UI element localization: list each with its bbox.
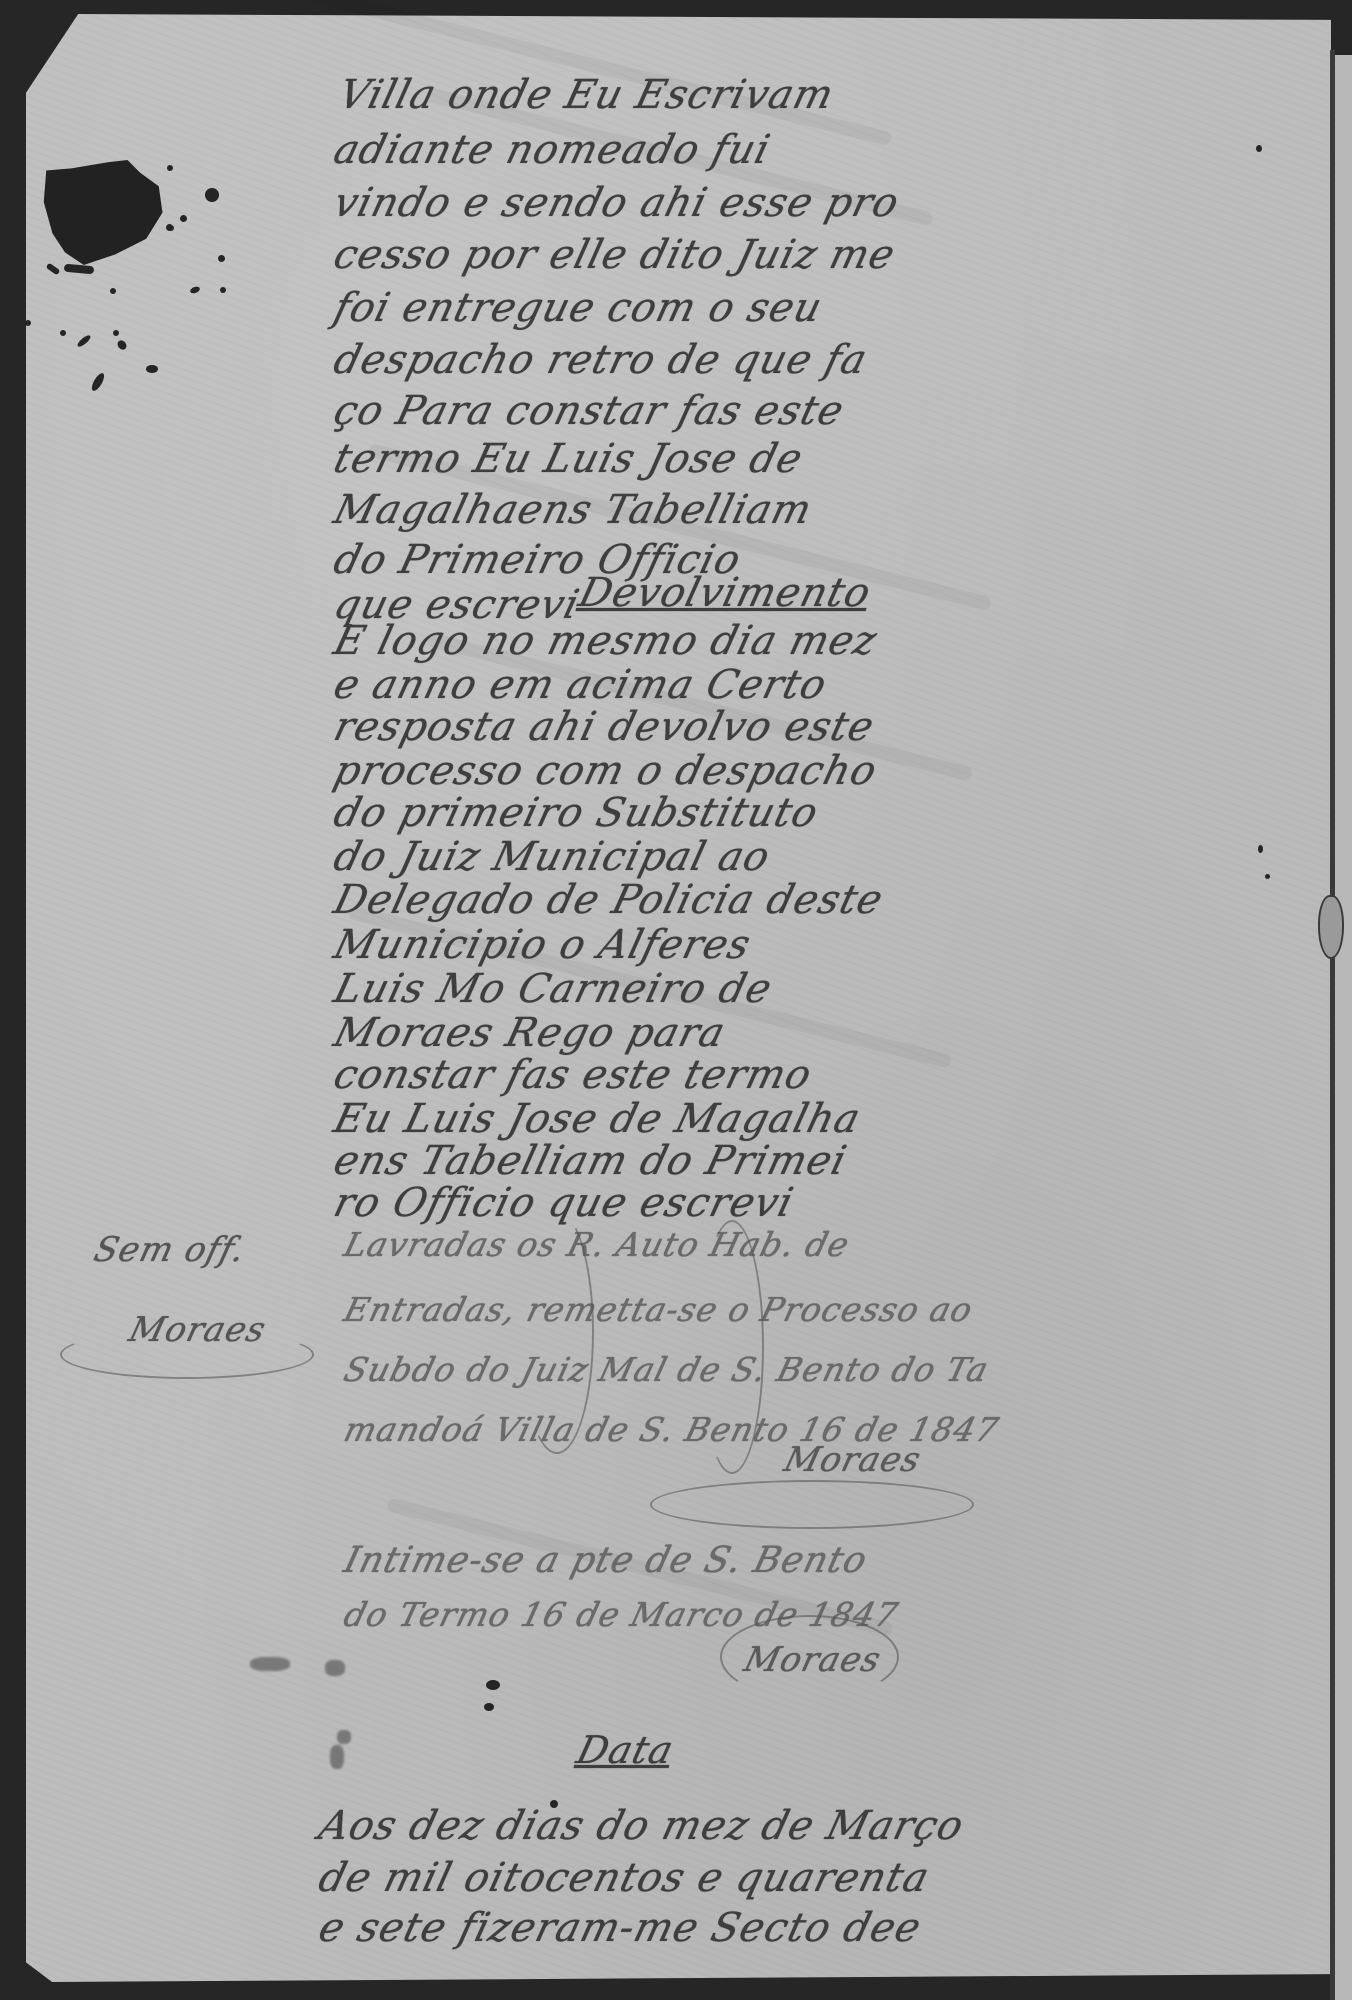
ink-blot: [110, 288, 116, 294]
text-line: constar fas este termo: [329, 1052, 816, 1098]
torn-paper-tab: [1318, 895, 1344, 959]
text-line: Luis Mo Carneiro de: [329, 966, 777, 1012]
ink-blot: [220, 287, 226, 293]
annotation-flourish: [520, 1210, 594, 1454]
annotation-line: Lavradas os R. Auto Hab. de: [340, 1225, 854, 1264]
ink-blot: [167, 165, 173, 171]
adjacent-page-edge: [1335, 0, 1352, 2000]
ink-blot: [218, 255, 225, 262]
ink-blot: [168, 225, 174, 231]
text-line: despacho retro de que fa: [329, 337, 872, 383]
annotation-flourish: [700, 1220, 764, 1474]
ink-blot: [180, 215, 187, 222]
text-line: Magalhaens Tabelliam: [329, 487, 817, 533]
annotation-line: Intime-se a pte de S. Bento: [340, 1540, 872, 1581]
signature-flourish: [720, 1615, 899, 1699]
text-line: ço Para constar fas este: [329, 388, 849, 434]
text-line: E logo no mesmo dia mez: [329, 618, 882, 664]
text-line: Municipio o Alferes: [329, 922, 755, 968]
text-line: Eu Luis Jose de Magalha: [329, 1096, 865, 1142]
text-line: e anno em acima Certo: [329, 662, 831, 708]
ink-blot: [113, 330, 119, 336]
text-line: do Juiz Municipal ao: [329, 834, 775, 880]
margin-note: Sem off.: [90, 1230, 250, 1270]
text-line: processo com o despacho: [329, 748, 882, 794]
ink-blot: [146, 365, 158, 373]
text-line: Moraes Rego para: [329, 1010, 730, 1056]
text-line: Delegado de Policia deste: [329, 877, 888, 923]
ink-blot: [205, 188, 219, 202]
text-line: ens Tabelliam do Primei: [329, 1138, 851, 1184]
text-line: termo Eu Luis Jose de: [329, 436, 807, 482]
text-line: resposta ahi devolvo este: [329, 704, 879, 750]
text-line: e sete fizeram-me Secto dee: [314, 1905, 926, 1951]
annotation-line: Entradas, remetta-se o Processo ao: [340, 1290, 977, 1329]
ink-smudge: [330, 1745, 344, 1769]
scan-border-top-right: [1335, 0, 1352, 55]
signature-flourish: [60, 1330, 314, 1379]
signature: Moraes: [780, 1440, 925, 1480]
ink-blot: [60, 330, 66, 336]
ink-smudge: [325, 1660, 345, 1676]
text-line: Villa onde Eu Escrivam: [334, 72, 839, 118]
ink-blot: [484, 1703, 494, 1711]
text-line: foi entregue com o seu: [329, 285, 827, 331]
ink-smudge: [337, 1730, 351, 1744]
text-line: cesso por elle dito Juiz me: [329, 232, 900, 278]
annotation-line: Subdo do Juiz Mal de S. Bento do Ta: [340, 1350, 993, 1389]
ink-blot: [25, 320, 31, 326]
section-heading-data: Data: [573, 1728, 679, 1772]
text-line: adiante nomeado fui: [329, 127, 775, 173]
text-line: Aos dez dias do mez de Março: [314, 1803, 968, 1849]
text-line: de mil oitocentos e quarenta: [314, 1855, 934, 1901]
ink-blot: [1258, 845, 1263, 853]
ink-blot: [486, 1680, 500, 1690]
ink-smudge: [250, 1657, 290, 1671]
ink-blot: [1265, 874, 1270, 879]
section-heading-devolvimento: Devolvimento: [574, 570, 876, 616]
signature-flourish: [650, 1480, 974, 1529]
text-line: vindo e sendo ahi esse pro: [329, 180, 904, 226]
text-line: do primeiro Substituto: [329, 790, 823, 836]
ink-blot: [1256, 145, 1262, 152]
page-fold-line: [1330, 50, 1335, 2000]
